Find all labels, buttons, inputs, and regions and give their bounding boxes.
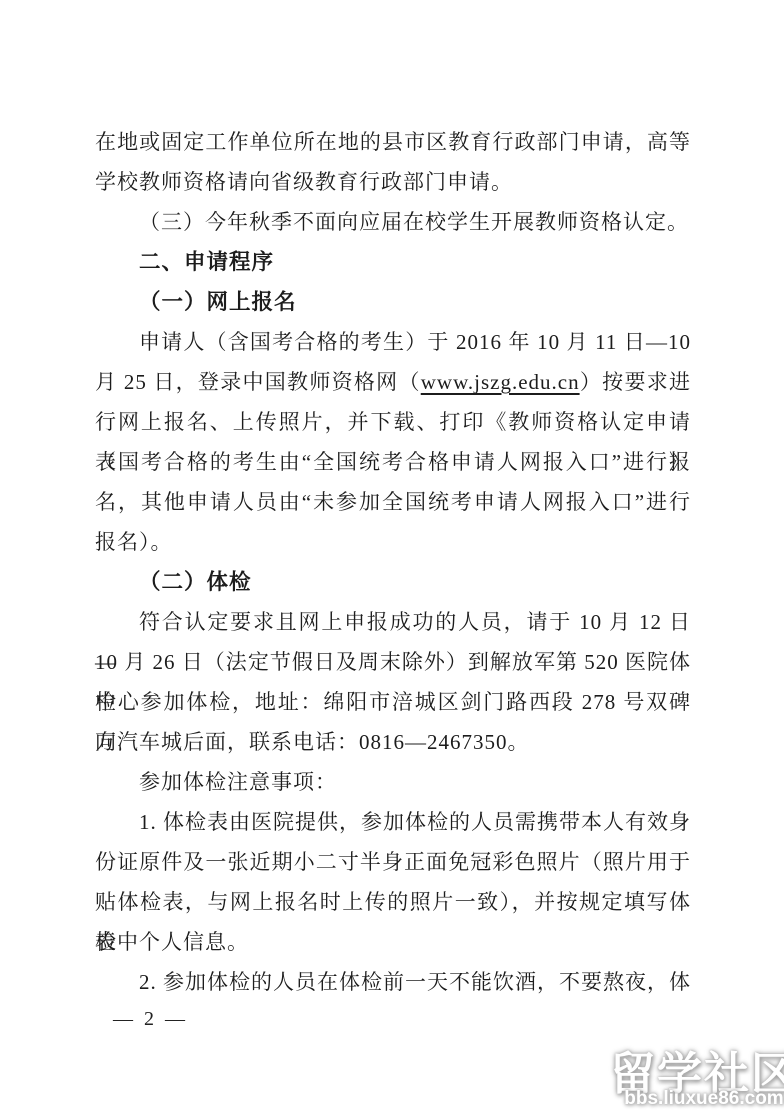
text-line: 向汽车城后面，联系电话：0816—2467350。 <box>95 722 691 762</box>
watermark-title: 留学社区 <box>610 1051 784 1097</box>
text-line: 报名）。 <box>95 522 691 562</box>
section-heading: 二、申请程序 <box>95 242 691 282</box>
text-line: （三）今年秋季不面向应届在校学生开展教师资格认定。 <box>95 202 691 242</box>
text-line: 参加体检注意事项： <box>95 762 691 802</box>
site-watermark: 留学社区 bbs.liuxue86.com <box>610 1051 784 1108</box>
text-line: 月 25 日，登录中国教师资格网（www.jszg.edu.cn）按要求进 <box>95 362 691 402</box>
text-line: 学校教师资格请向省级教育行政部门申请。 <box>95 162 691 202</box>
website-link[interactable]: www.jszg.edu.cn <box>421 370 580 394</box>
text-line: 名，其他申请人员由“未参加全国统考申请人网报入口”进行 <box>95 482 691 522</box>
page-number: — 2 — <box>113 1008 188 1031</box>
text-line: 在地或固定工作单位所在地的县市区教育行政部门申请，高等 <box>95 122 691 162</box>
text-line: 10 月 26 日（法定节假日及周末除外）到解放军第 520 医院体检 <box>95 642 691 682</box>
text-segment: 月 25 日，登录中国教师资格网（ <box>95 370 421 394</box>
text-line: 表中个人信息。 <box>95 922 691 962</box>
document-page-body: 在地或固定工作单位所在地的县市区教育行政部门申请，高等 学校教师资格请向省级教育… <box>95 122 691 1002</box>
text-line: （国考合格的考生由“全国统考合格申请人网报入口”进行报 <box>95 442 691 482</box>
subsection-heading: （一）网上报名 <box>95 282 691 322</box>
subsection-heading: （二）体检 <box>95 562 691 602</box>
text-line: 2. 参加体检的人员在体检前一天不能饮酒，不要熬夜，体 <box>95 962 691 1002</box>
watermark-url: bbs.liuxue86.com <box>610 1089 784 1108</box>
text-line: 1. 体检表由医院提供，参加体检的人员需携带本人有效身 <box>95 802 691 842</box>
text-line: 份证原件及一张近期小二寸半身正面免冠彩色照片（照片用于 <box>95 842 691 882</box>
text-line: 贴体检表，与网上报名时上传的照片一致），并按规定填写体检 <box>95 882 691 922</box>
text-line: 申请人（含国考合格的考生）于 2016 年 10 月 11 日—10 <box>95 322 691 362</box>
text-segment: ）按要求进 <box>580 370 691 394</box>
text-line: 行网上报名、上传照片，并下载、打印《教师资格认定申请表》 <box>95 402 691 442</box>
text-line: 符合认定要求且网上申报成功的人员，请于 10 月 12 日— <box>95 602 691 642</box>
text-line: 中心参加体检，地址：绵阳市涪城区剑门路西段 278 号双碑万 <box>95 682 691 722</box>
